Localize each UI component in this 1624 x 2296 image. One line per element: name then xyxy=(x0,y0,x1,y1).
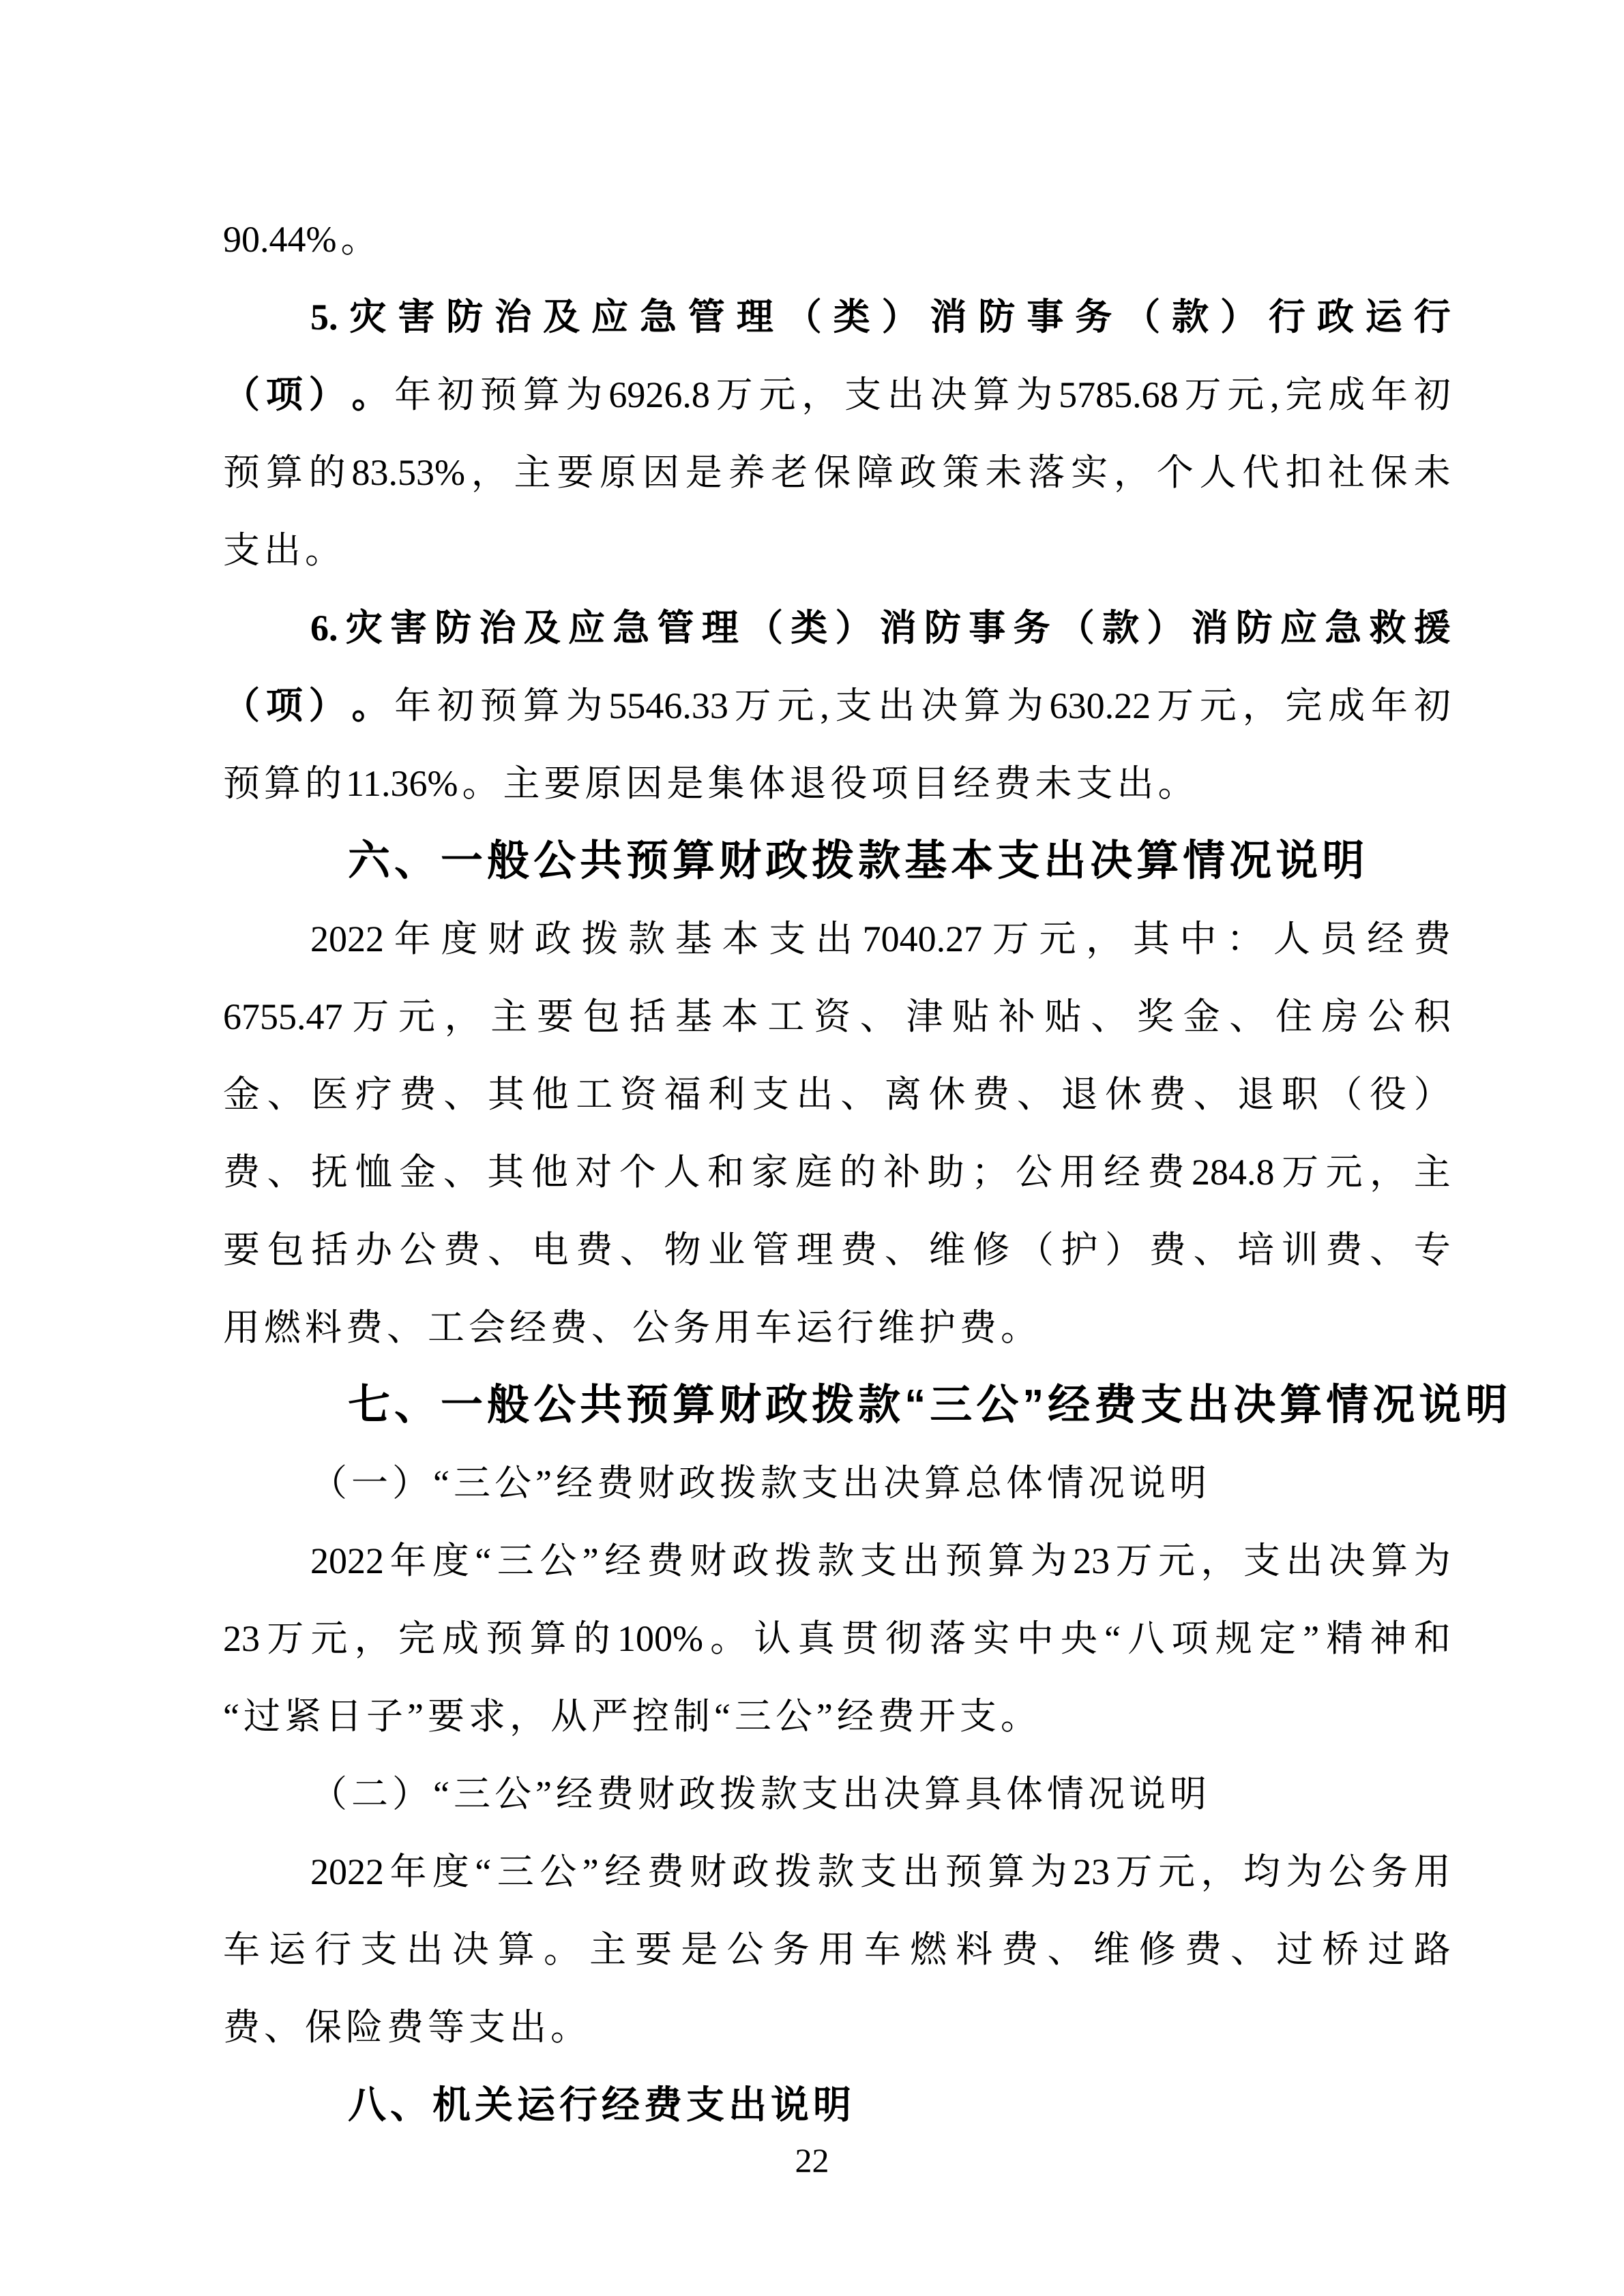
text: 、 xyxy=(267,1056,304,1133)
text: 求 xyxy=(469,1678,505,1755)
text: 元 xyxy=(758,356,795,434)
text: 工 xyxy=(576,1056,612,1133)
text: 公 xyxy=(494,1444,531,1522)
text: 情 xyxy=(1047,1444,1084,1522)
text: 算 xyxy=(1371,1522,1408,1600)
text: 为 xyxy=(1031,1522,1067,1600)
bold-text: ） xyxy=(1220,278,1257,356)
bold-text: 管 xyxy=(688,278,725,356)
text: 初 xyxy=(437,356,474,434)
text: 年 xyxy=(394,356,431,434)
text: 决 xyxy=(452,1911,489,1988)
text: 会 xyxy=(469,1289,505,1367)
text: 和 xyxy=(1414,1600,1451,1678)
text: 用 xyxy=(223,1289,260,1367)
text: 完 xyxy=(1285,356,1322,434)
text: 年 xyxy=(394,667,431,745)
text: 初 xyxy=(437,667,474,745)
text: 。 xyxy=(710,1600,747,1678)
bold-text: 事 xyxy=(1027,278,1063,356)
text: 出 xyxy=(878,667,915,745)
bold-text: ” xyxy=(1022,1367,1044,1444)
text: ” xyxy=(1303,1600,1319,1678)
text: 要 xyxy=(537,978,574,1056)
text: 经 xyxy=(604,1833,641,1911)
text: 扣 xyxy=(1285,434,1322,511)
text: 三 xyxy=(454,1444,490,1522)
text: 具 xyxy=(965,1755,1002,1833)
text: 况 xyxy=(1088,1444,1125,1522)
bold-text: 费 xyxy=(1094,1367,1136,1444)
section-heading: 六、一般公共预算财政拨款基本支出决算情况说明 xyxy=(223,822,1451,900)
text: 万 xyxy=(1116,1833,1153,1911)
text: 元 xyxy=(1200,667,1237,745)
bold-text: “ xyxy=(904,1367,926,1444)
text: 元 xyxy=(1227,356,1264,434)
text: 支 xyxy=(223,511,260,589)
text: 为 xyxy=(1016,356,1052,434)
text: 恤 xyxy=(355,1133,392,1211)
bold-text: 机 xyxy=(432,2066,471,2144)
bold-text: 防 xyxy=(434,589,471,667)
bold-text: 款 xyxy=(1172,278,1209,356)
text: 彻 xyxy=(885,1600,922,1678)
text: 拨 xyxy=(720,1444,756,1522)
text: 人 xyxy=(1200,434,1237,511)
text: 贴 xyxy=(1045,978,1082,1056)
text: 年 xyxy=(1371,667,1408,745)
text: 三 xyxy=(735,1678,771,1755)
text: 费 xyxy=(1001,1911,1038,1988)
text: 费 xyxy=(597,1444,634,1522)
text: 算 xyxy=(988,1833,1024,1911)
text: 度 xyxy=(441,900,477,978)
text: 工 xyxy=(767,978,804,1056)
text: 、 xyxy=(1229,978,1266,1056)
text: 年 xyxy=(1371,356,1408,434)
bold-text: 政 xyxy=(765,822,808,900)
text: 完 xyxy=(398,1600,435,1678)
text: 疗 xyxy=(355,1056,392,1133)
text: 桥 xyxy=(1322,1911,1359,1988)
text-line: （项）。年初预算为6926.8万元，支出决算为5785.68万元,完成年初 xyxy=(223,356,1451,434)
text: ， xyxy=(1243,667,1280,745)
text: 未 xyxy=(1414,434,1451,511)
text: 工 xyxy=(428,1289,464,1367)
text: 因 xyxy=(643,434,679,511)
text: 费 xyxy=(387,1988,424,2066)
text: 公 xyxy=(540,1522,576,1600)
text: 物 xyxy=(664,1211,701,1289)
text: 财 xyxy=(690,1833,726,1911)
text: 项 xyxy=(1172,1600,1209,1678)
bold-text: 害 xyxy=(390,589,427,667)
text: 政 xyxy=(900,434,936,511)
bold-text: （ xyxy=(746,589,783,667)
text: 休 xyxy=(929,1056,966,1133)
bold-text: 支 xyxy=(686,2066,724,2144)
bold-text: 公 xyxy=(533,822,576,900)
bold-text: 6. xyxy=(310,589,338,667)
text: 费 xyxy=(443,1211,480,1289)
text: 的 xyxy=(840,1133,876,1211)
bold-text: 八 xyxy=(348,2066,386,2144)
bold-text: 费 xyxy=(644,2066,682,2144)
text: 财 xyxy=(488,900,525,978)
page-number: 22 xyxy=(0,2133,1624,2188)
text: 支 xyxy=(801,1755,838,1833)
text: 出 xyxy=(407,1911,443,1988)
text: “ xyxy=(1104,1600,1121,1678)
text-line: 预算的83.53%，主要原因是养老保障政策未落实，个人代扣社保未 xyxy=(223,434,1451,511)
text: ， xyxy=(1200,1522,1237,1600)
text: 维 xyxy=(878,1289,915,1367)
text: 包 xyxy=(583,978,620,1056)
bold-text: 七 xyxy=(348,1367,390,1444)
text: 主 xyxy=(514,434,551,511)
text-line: 23万元，完成预算的100%。认真贯彻落实中央“八项规定”精神和 xyxy=(223,1600,1451,1678)
text: 、 xyxy=(591,1289,628,1367)
text: 财 xyxy=(638,1755,675,1833)
text: 策 xyxy=(943,434,979,511)
text: 三 xyxy=(497,1833,534,1911)
text: 助 xyxy=(928,1133,964,1211)
sub-heading: （一）“三公”经费财政拨款支出决算总体情况说明 xyxy=(223,1444,1451,1522)
bold-text: 款 xyxy=(858,1367,900,1444)
text: 管 xyxy=(752,1211,789,1289)
bold-text: （ xyxy=(223,356,260,434)
text: 出 xyxy=(1286,1522,1323,1600)
text: 、 xyxy=(620,1211,657,1289)
text: ， xyxy=(801,356,838,434)
text-line: 2022年度“三公”经费财政拨款支出预算为23万元，支出决算为 xyxy=(223,1522,1451,1600)
text: 明 xyxy=(1170,1755,1207,1833)
text: ） xyxy=(392,1444,429,1522)
text: 。 xyxy=(544,1911,580,1988)
text: 用 xyxy=(818,1911,855,1988)
text: 、 xyxy=(1230,1911,1267,1988)
text: 央 xyxy=(1061,1600,1097,1678)
text: 医 xyxy=(311,1056,348,1133)
text: 括 xyxy=(629,978,666,1056)
bold-text: 出 xyxy=(1187,1367,1229,1444)
text: 拨 xyxy=(775,1522,812,1600)
text: 贯 xyxy=(842,1600,879,1678)
text: 出 xyxy=(510,1988,546,2066)
text: 支 xyxy=(360,1911,397,1988)
bold-text: 决 xyxy=(1233,1367,1275,1444)
text: 元 xyxy=(310,1600,347,1678)
text-line: “过紧日子”要求，从严控制“三公”经费开支。 xyxy=(223,1678,1451,1755)
text: 公 xyxy=(1368,978,1404,1056)
text: 支 xyxy=(960,1678,996,1755)
text: 出 xyxy=(902,1833,939,1911)
text: 算 xyxy=(973,356,1010,434)
text: 职 xyxy=(1282,1056,1318,1133)
text: ， xyxy=(1200,1833,1237,1911)
text: 料 xyxy=(956,1911,992,1988)
bold-text: ） xyxy=(882,278,919,356)
text: 落 xyxy=(1028,434,1065,511)
text: 费 xyxy=(1147,1133,1184,1211)
text: 预 xyxy=(223,745,260,822)
bold-text: 治 xyxy=(494,278,531,356)
text: （ xyxy=(1017,1211,1054,1289)
bold-text: 应 xyxy=(591,278,628,356)
text: 支 xyxy=(752,1056,789,1133)
text: 庭 xyxy=(795,1133,832,1211)
text: 代 xyxy=(1242,434,1279,511)
text: 公 xyxy=(1016,1133,1052,1211)
text: ， xyxy=(445,978,482,1056)
text: 费 xyxy=(878,1678,915,1755)
bold-text: 灾 xyxy=(349,278,386,356)
text: 费 xyxy=(346,1289,383,1367)
text: 财 xyxy=(638,1444,675,1522)
bold-text: 项 xyxy=(266,356,303,434)
bold-text: 预 xyxy=(626,1367,668,1444)
bold-text: 政 xyxy=(765,1367,808,1444)
text-line: 支出。 xyxy=(223,511,1451,589)
bold-text: 经 xyxy=(1048,1367,1090,1444)
bold-text: 消 xyxy=(880,589,917,667)
text: 括 xyxy=(311,1211,348,1289)
text: 决 xyxy=(1329,1522,1365,1600)
text-line: 6755.47万元，主要包括基本工资、津贴补贴、奖金、住房公积 xyxy=(223,978,1451,1056)
bold-text: 出 xyxy=(1044,822,1086,900)
text: 款 xyxy=(761,1444,797,1522)
bold-text: 款 xyxy=(1102,589,1139,667)
text: 资 xyxy=(620,1056,657,1133)
text-line: 用燃料费、工会经费、公务用车运行维护费。 xyxy=(223,1289,1451,1367)
bold-text: 说 xyxy=(771,2066,809,2144)
text: 日 xyxy=(325,1678,362,1755)
text: 护 xyxy=(1061,1211,1097,1289)
text: 要 xyxy=(223,1211,260,1289)
text: 、 xyxy=(488,1211,525,1289)
bold-text: 行 xyxy=(559,2066,597,2144)
bold-text: 关 xyxy=(475,2066,513,2144)
bold-text: 政 xyxy=(1317,278,1354,356)
bold-text: （ xyxy=(223,667,260,745)
text: 款 xyxy=(817,1522,854,1600)
text: 、 xyxy=(1048,1911,1084,1988)
text: 金 xyxy=(1183,978,1220,1056)
text: 是 xyxy=(685,434,722,511)
text: 基 xyxy=(675,900,712,978)
text: 年 xyxy=(389,1833,426,1911)
bold-text: 明 xyxy=(813,2066,851,2144)
text: 住 xyxy=(1275,978,1312,1056)
text: 紧 xyxy=(284,1678,321,1755)
text: 目 xyxy=(912,745,949,822)
bold-text: 理 xyxy=(702,589,739,667)
text: 政 xyxy=(535,900,572,978)
text-line: 预算的11.36%。主要原因是集体退役项目经费未支出。 xyxy=(223,745,1451,822)
bold-text: 一 xyxy=(441,1367,483,1444)
text: 况 xyxy=(1088,1755,1125,1833)
text: 出 xyxy=(887,356,924,434)
text: 金 xyxy=(223,1056,260,1133)
bold-text: （ xyxy=(1123,278,1160,356)
text: 开 xyxy=(919,1678,956,1755)
bold-text: 防 xyxy=(1236,589,1273,667)
bold-text: 况 xyxy=(1229,822,1271,900)
text: 路 xyxy=(1414,1911,1451,1988)
text: ； xyxy=(971,1133,1008,1211)
bold-text: 、 xyxy=(394,1367,437,1444)
document-text-block: 90.44%。5.灾害防治及应急管理（类）消防事务（款）行政运行（项）。年初预算… xyxy=(223,200,1451,2144)
text: 算 xyxy=(924,1755,961,1833)
text: 一 xyxy=(351,1444,388,1522)
bold-text: 本 xyxy=(951,822,993,900)
text: , xyxy=(1270,356,1280,434)
text: 2022 xyxy=(310,900,384,978)
bold-text: 支 xyxy=(1140,1367,1183,1444)
text: 费 xyxy=(960,1289,996,1367)
text: 从 xyxy=(550,1678,587,1755)
bold-text: ） xyxy=(836,589,872,667)
bold-text: 说 xyxy=(1419,1367,1461,1444)
text: 总 xyxy=(965,1444,1002,1522)
text: 费 xyxy=(1414,900,1451,978)
bold-text: 预 xyxy=(626,822,668,900)
text: 福 xyxy=(664,1056,701,1133)
text: 的 xyxy=(309,434,346,511)
text-line: （项）。年初预算为5546.33万元,支出决算为630.22万元，完成年初 xyxy=(223,667,1451,745)
text: 体 xyxy=(748,745,785,822)
text: 7040.27 xyxy=(863,900,983,978)
text: 险 xyxy=(346,1988,383,2066)
text: 元 xyxy=(1326,1133,1363,1211)
text: 他 xyxy=(531,1133,568,1211)
bold-text: 况 xyxy=(1372,1367,1415,1444)
bold-text: 防 xyxy=(978,278,1015,356)
bold-text: 及 xyxy=(543,278,580,356)
bold-text: 事 xyxy=(969,589,1005,667)
text: 保 xyxy=(814,434,851,511)
text: 公 xyxy=(632,1289,669,1367)
text: 费 xyxy=(840,1211,877,1289)
bold-text: 应 xyxy=(1280,589,1317,667)
bold-text: 支 xyxy=(997,822,1039,900)
text: 公 xyxy=(727,1911,764,1988)
text: 万 xyxy=(1157,667,1194,745)
bold-text: 情 xyxy=(1326,1367,1368,1444)
text: 务 xyxy=(1371,1833,1408,1911)
text: 年 xyxy=(389,1522,426,1600)
bold-text: 拨 xyxy=(812,1367,854,1444)
text: 算 xyxy=(964,667,1001,745)
text: “ xyxy=(714,1678,730,1755)
bold-text: 消 xyxy=(930,278,966,356)
text: 二 xyxy=(351,1755,388,1833)
text: ， xyxy=(355,1600,392,1678)
text: 要 xyxy=(635,1911,672,1988)
bold-text: （ xyxy=(785,278,822,356)
text: 退 xyxy=(789,745,826,822)
bold-text: 5. xyxy=(310,278,338,356)
text: 630.22 xyxy=(1050,667,1151,745)
bold-text: 防 xyxy=(924,589,961,667)
text: 过 xyxy=(1276,1911,1313,1988)
text: 要 xyxy=(544,745,580,822)
text: 经 xyxy=(953,745,990,822)
bold-text: 算 xyxy=(673,822,715,900)
text: 保 xyxy=(1371,434,1408,511)
text: 元 xyxy=(398,978,435,1056)
text: 算 xyxy=(498,1911,535,1988)
text: 费 xyxy=(597,1755,634,1833)
text: 人 xyxy=(663,1133,700,1211)
text: 预 xyxy=(945,1522,982,1600)
text: 83.53% xyxy=(351,434,464,511)
text: 对 xyxy=(575,1133,612,1211)
text: 5546.33 xyxy=(608,667,728,745)
text: 6755.47 xyxy=(223,978,343,1056)
text: 运 xyxy=(796,1289,833,1367)
text: 办 xyxy=(355,1211,392,1289)
text: 培 xyxy=(1237,1211,1274,1289)
text: 、 xyxy=(1193,1211,1230,1289)
text: 成 xyxy=(442,1600,479,1678)
text: 真 xyxy=(798,1600,835,1678)
text: 决 xyxy=(930,356,967,434)
text: 、 xyxy=(443,1056,480,1133)
text: 公 xyxy=(1329,1833,1365,1911)
text: 经 xyxy=(510,1289,546,1367)
bold-text: 务 xyxy=(1075,278,1112,356)
text: 出 xyxy=(842,1755,879,1833)
bold-text: 类 xyxy=(791,589,827,667)
bold-text: 急 xyxy=(1325,589,1361,667)
text: 车 xyxy=(755,1289,792,1367)
text-line: 费、保险费等支出。 xyxy=(223,1988,1451,2066)
text: 训 xyxy=(1282,1211,1318,1289)
text: 2022 xyxy=(310,1833,384,1911)
text: 务 xyxy=(773,1911,810,1988)
text: 、 xyxy=(1091,978,1127,1056)
bold-text: 算 xyxy=(673,1367,715,1444)
text: 2022 xyxy=(310,1522,384,1600)
text: 公 xyxy=(400,1211,437,1289)
text: 行 xyxy=(837,1289,874,1367)
text: 精 xyxy=(1326,1600,1363,1678)
section-heading: 七、一般公共预算财政拨款“三公”经费支出决算情况说明 xyxy=(223,1367,1451,1444)
text: 款 xyxy=(761,1755,797,1833)
text: 23 xyxy=(1073,1522,1110,1600)
text: 支 xyxy=(1076,745,1112,822)
text: 休 xyxy=(1105,1056,1142,1133)
text: 用 xyxy=(714,1289,751,1367)
text: 为 xyxy=(566,356,603,434)
text-line: 车运行支出决算。主要是公务用车燃料费、维修费、过桥过路 xyxy=(223,1911,1451,1988)
text: 6926.8 xyxy=(608,356,710,434)
text: 料 xyxy=(305,1289,342,1367)
bold-text: 运 xyxy=(1365,278,1402,356)
text: 房 xyxy=(1322,978,1359,1056)
text: 费 xyxy=(1185,1911,1222,1988)
text: 役 xyxy=(830,745,867,822)
bold-text: 急 xyxy=(640,278,677,356)
bold-text: 情 xyxy=(1183,822,1225,900)
text: 利 xyxy=(708,1056,745,1133)
bold-text: 经 xyxy=(602,2066,640,2144)
text: 经 xyxy=(837,1678,874,1755)
text: 理 xyxy=(797,1211,833,1289)
text: 说 xyxy=(1129,1755,1166,1833)
text-line: 90.44%。 xyxy=(223,200,1451,278)
